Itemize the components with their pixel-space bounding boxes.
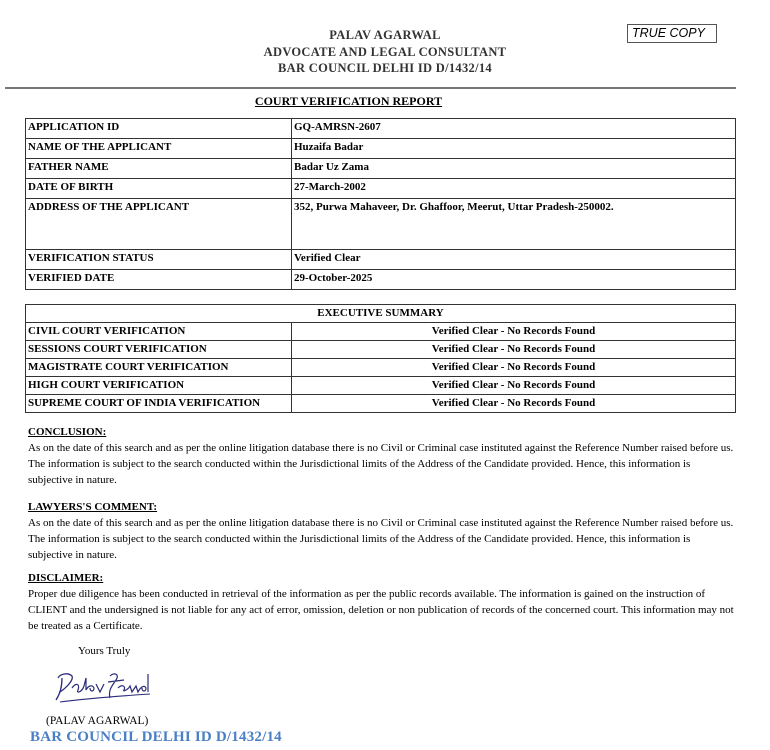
lawyers-comment-text: As on the date of this search and as per… [28,515,736,563]
table-row: VERIFICATION STATUS Verified Clear [26,250,736,270]
disclaimer-heading: DISCLAIMER: [28,570,736,586]
court-label: HIGH COURT VERIFICATION [26,377,292,395]
table-row: SESSIONS COURT VERIFICATION Verified Cle… [26,341,736,359]
table-row: NAME OF THE APPLICANT Huzaifa Badar [26,139,736,159]
court-label: SUPREME COURT OF INDIA VERIFICATION [26,395,292,413]
table-row: HIGH COURT VERIFICATION Verified Clear -… [26,377,736,395]
field-label: APPLICATION ID [26,119,292,139]
report-title: COURT VERIFICATION REPORT [0,94,697,109]
table-header-row: EXECUTIVE SUMMARY [26,305,736,323]
lawyers-comment-section: LAWYERS'S COMMENT: As on the date of thi… [28,499,736,563]
disclaimer-text: Proper due diligence has been conducted … [28,586,736,634]
field-label: ADDRESS OF THE APPLICANT [26,199,292,250]
true-copy-stamp: TRUE COPY [627,24,717,43]
closing-salutation: Yours Truly [78,645,130,657]
signatory-bar-id: BAR COUNCIL DELHI ID D/1432/14 [30,729,282,746]
field-label: VERIFICATION STATUS [26,250,292,270]
conclusion-section: CONCLUSION: As on the date of this searc… [28,424,736,488]
field-value: 352, Purwa Mahaveer, Dr. Ghaffoor, Meeru… [292,199,736,250]
table-row: ADDRESS OF THE APPLICANT 352, Purwa Maha… [26,199,736,250]
field-value: Badar Uz Zama [292,159,736,179]
table-row: MAGISTRATE COURT VERIFICATION Verified C… [26,359,736,377]
court-result: Verified Clear - No Records Found [292,323,736,341]
court-result: Verified Clear - No Records Found [292,377,736,395]
field-value: 27-March-2002 [292,179,736,199]
signature-icon [50,668,160,713]
lawyers-comment-heading: LAWYERS'S COMMENT: [28,499,736,515]
executive-summary-table: EXECUTIVE SUMMARY CIVIL COURT VERIFICATI… [25,304,736,413]
disclaimer-section: DISCLAIMER: Proper due diligence has bee… [28,570,736,634]
field-value: Verified Clear [292,250,736,270]
table-row: CIVIL COURT VERIFICATION Verified Clear … [26,323,736,341]
court-label: CIVIL COURT VERIFICATION [26,323,292,341]
field-value: 29-October-2025 [292,270,736,290]
executive-summary-heading: EXECUTIVE SUMMARY [26,305,736,323]
table-row: DATE OF BIRTH 27-March-2002 [26,179,736,199]
header-divider [5,87,736,89]
table-row: SUPREME COURT OF INDIA VERIFICATION Veri… [26,395,736,413]
field-label: FATHER NAME [26,159,292,179]
court-result: Verified Clear - No Records Found [292,359,736,377]
signatory-name: (PALAV AGARWAL) [46,715,148,727]
table-row: VERIFIED DATE 29-October-2025 [26,270,736,290]
table-row: APPLICATION ID GQ-AMRSN-2607 [26,119,736,139]
court-result: Verified Clear - No Records Found [292,341,736,359]
court-result: Verified Clear - No Records Found [292,395,736,413]
field-label: NAME OF THE APPLICANT [26,139,292,159]
applicant-details-table: APPLICATION ID GQ-AMRSN-2607 NAME OF THE… [25,118,736,290]
table-row: FATHER NAME Badar Uz Zama [26,159,736,179]
court-label: SESSIONS COURT VERIFICATION [26,341,292,359]
court-label: MAGISTRATE COURT VERIFICATION [26,359,292,377]
field-label: VERIFIED DATE [26,270,292,290]
field-value: GQ-AMRSN-2607 [292,119,736,139]
conclusion-text: As on the date of this search and as per… [28,440,736,488]
field-label: DATE OF BIRTH [26,179,292,199]
field-value: Huzaifa Badar [292,139,736,159]
conclusion-heading: CONCLUSION: [28,424,736,440]
advocate-designation: ADVOCATE AND LEGAL CONSULTANT [0,44,770,61]
advocate-bar-id: BAR COUNCIL DELHI ID D/1432/14 [0,60,770,77]
